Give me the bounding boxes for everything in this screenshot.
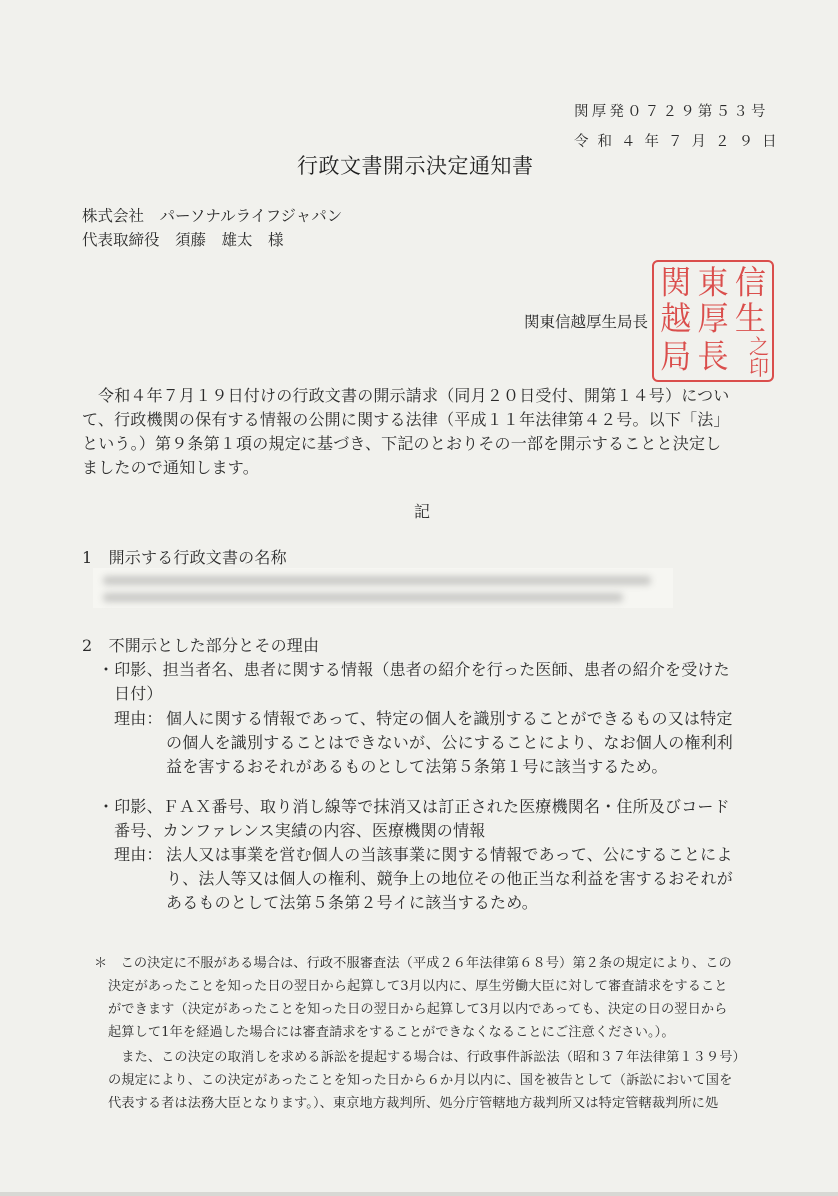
withheld-item-2-line-1: ・印影、ＦＡＸ番号、取り消し線等で抹消又は訂正された医療機関名・住所及びコード	[98, 795, 730, 819]
seal-char: 局	[657, 336, 694, 378]
official-seal-stamp: 信 生 之印 東 厚 長 関 越 局	[652, 260, 774, 382]
section-1-heading: 1 開示する行政文書の名称	[82, 546, 287, 570]
recipient-company: 株式会社 パーソナルライフジャパン	[82, 204, 342, 226]
reason-label: 理由：	[114, 707, 163, 731]
sender-name: 関東信越厚生局長	[524, 310, 648, 332]
document-page: 関厚発０７２９第５３号 令 和 ４ 年 ７ 月 ２ ９ 日 行政文書開示決定通知…	[0, 0, 838, 1196]
appeal-note-line-2: 決定があったことを知った日の翌日から起算して3月以内に、厚生労働大臣に対して審査…	[108, 975, 728, 998]
redacted-line	[103, 576, 651, 585]
intro-line-1: 令和４年７月１９日付けの行政文書の開示請求（同月２０日受付、開第１４号）につい	[98, 384, 729, 408]
reason-1-line-2: の個人を識別することはできないが、公にすることにより、なお個人の権利利	[166, 731, 733, 755]
intro-line-3: という。）第９条第１項の規定に基づき、下記のとおりその一部を開示することと決定し	[82, 432, 721, 456]
recipient-representative: 代表取締役 須藤 雄太 様	[82, 228, 284, 250]
reason-1-line-1: 個人に関する情報であって、特定の個人を識別することができるもの又は特定	[166, 707, 733, 731]
seal-char: 越	[657, 300, 694, 338]
seal-char: 東	[694, 264, 731, 302]
lawsuit-note-line-1: また、この決定の取消しを求める訴訟を提起する場合は、行政事件訴訟法（昭和３７年法…	[108, 1046, 746, 1069]
issue-date: 令 和 ４ 年 ７ 月 ２ ９ 日	[574, 130, 779, 151]
withheld-item-1-line-2: 日付）	[114, 682, 163, 706]
redacted-line	[103, 593, 623, 602]
lawsuit-note-line-2: の規定により、この決定があったことを知った日から６か月以内に、国を被告として（訴…	[108, 1069, 732, 1092]
appeal-note-line-1: ＊ この決定に不服がある場合は、行政不服審査法（平成２６年法律第６８号）第２条の…	[94, 952, 732, 975]
lawsuit-note-line-3: 代表する者は法務大臣となります。）、東京地方裁判所、処分庁管轄地方裁判所又は特定…	[108, 1092, 718, 1115]
reference-number: 関厚発０７２９第５３号	[574, 100, 769, 121]
seal-char: 厚	[694, 300, 731, 338]
withheld-item-2-line-2: 番号、カンファレンス実績の内容、医療機関の情報	[114, 819, 485, 843]
seal-char: 関	[657, 264, 694, 302]
reason-2-line-1: 法人又は事業を営む個人の当該事業に関する情報であって、公にすることによ	[166, 843, 733, 867]
intro-line-4: ましたので通知します。	[82, 456, 259, 480]
reason-label: 理由：	[114, 843, 163, 867]
seal-char: 之印	[732, 336, 769, 378]
seal-char: 生	[732, 300, 769, 338]
redacted-document-names	[93, 568, 673, 608]
seal-char: 信	[732, 264, 769, 302]
reason-1-line-3: 益を害するおそれがあるものとして法第５条第１号に該当するため。	[166, 755, 668, 779]
seal-char: 長	[694, 336, 731, 378]
intro-line-2: て、行政機関の保有する情報の公開に関する法律（平成１１年法律第４２号。以下「法」	[82, 408, 730, 432]
section-2-heading: 2 不開示とした部分とその理由	[82, 634, 319, 658]
appeal-note-line-4: 起算して1年を経過した場合には審査請求をすることができなくなることにご注意くださ…	[108, 1021, 675, 1044]
withheld-item-1-line-1: ・印影、担当者名、患者に関する情報（患者の紹介を行った医師、患者の紹介を受けた	[98, 658, 730, 682]
document-title: 行政文書開示決定通知書	[297, 150, 534, 180]
reason-2-line-3: あるものとして法第５条第２号イに該当するため。	[166, 891, 538, 915]
ki-marker: 記	[414, 500, 430, 524]
appeal-note-line-3: ができます（決定があったことを知った日の翌日から起算して3月以内であっても、決定…	[108, 998, 727, 1021]
reason-2-line-2: り、法人等又は個人の権利、競争上の地位その他正当な利益を害するおそれが	[166, 867, 733, 891]
